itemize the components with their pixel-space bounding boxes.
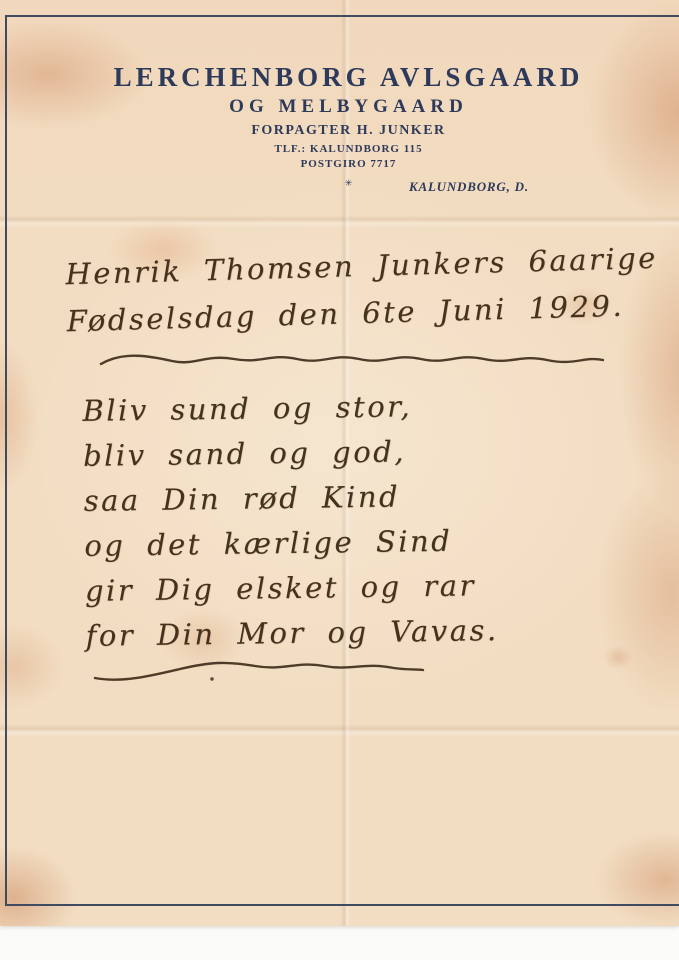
letterhead-subtitle: OG MELBYGAARD (9, 96, 679, 118)
letterhead-phone-line: TLF.: KALUNDBORG 115 (9, 143, 679, 155)
handwritten-poem-line: Bliv sund og stor, (82, 383, 496, 434)
scanned-letter: LERCHENBORG AVLSGAARD OG MELBYGAARD FORP… (0, 0, 679, 960)
letterhead: LERCHENBORG AVLSGAARD OG MELBYGAARD FORP… (9, 62, 679, 189)
wavy-separator (98, 346, 606, 372)
handwritten-poem-line: saa Din rød Kind (83, 473, 497, 524)
letter-paper: LERCHENBORG AVLSGAARD OG MELBYGAARD FORP… (0, 0, 679, 926)
scanner-background (0, 926, 679, 960)
dateline: KALUNDBORG, D. (409, 179, 529, 195)
handwritten-poem: Bliv sund og stor, bliv sand og god, saa… (82, 383, 499, 659)
letterhead-manager-line: FORPAGTER H. JUNKER (9, 123, 679, 139)
handwritten-poem-line: og det kærlige Sind (84, 518, 498, 569)
handwritten-poem-line: bliv sand og god, (83, 428, 497, 479)
handwritten-poem-line: gir Dig elsket og rar (85, 563, 499, 614)
wavy-separator (92, 652, 426, 688)
asterisk-ornament-icon: ✳ (9, 178, 679, 189)
letterhead-title: LERCHENBORG AVLSGAARD (9, 62, 679, 93)
letterhead-postgiro-line: POSTGIRO 7717 (9, 158, 679, 170)
handwritten-heading: Henrik Thomsen Junkers 6aarige Fødselsda… (65, 235, 660, 346)
